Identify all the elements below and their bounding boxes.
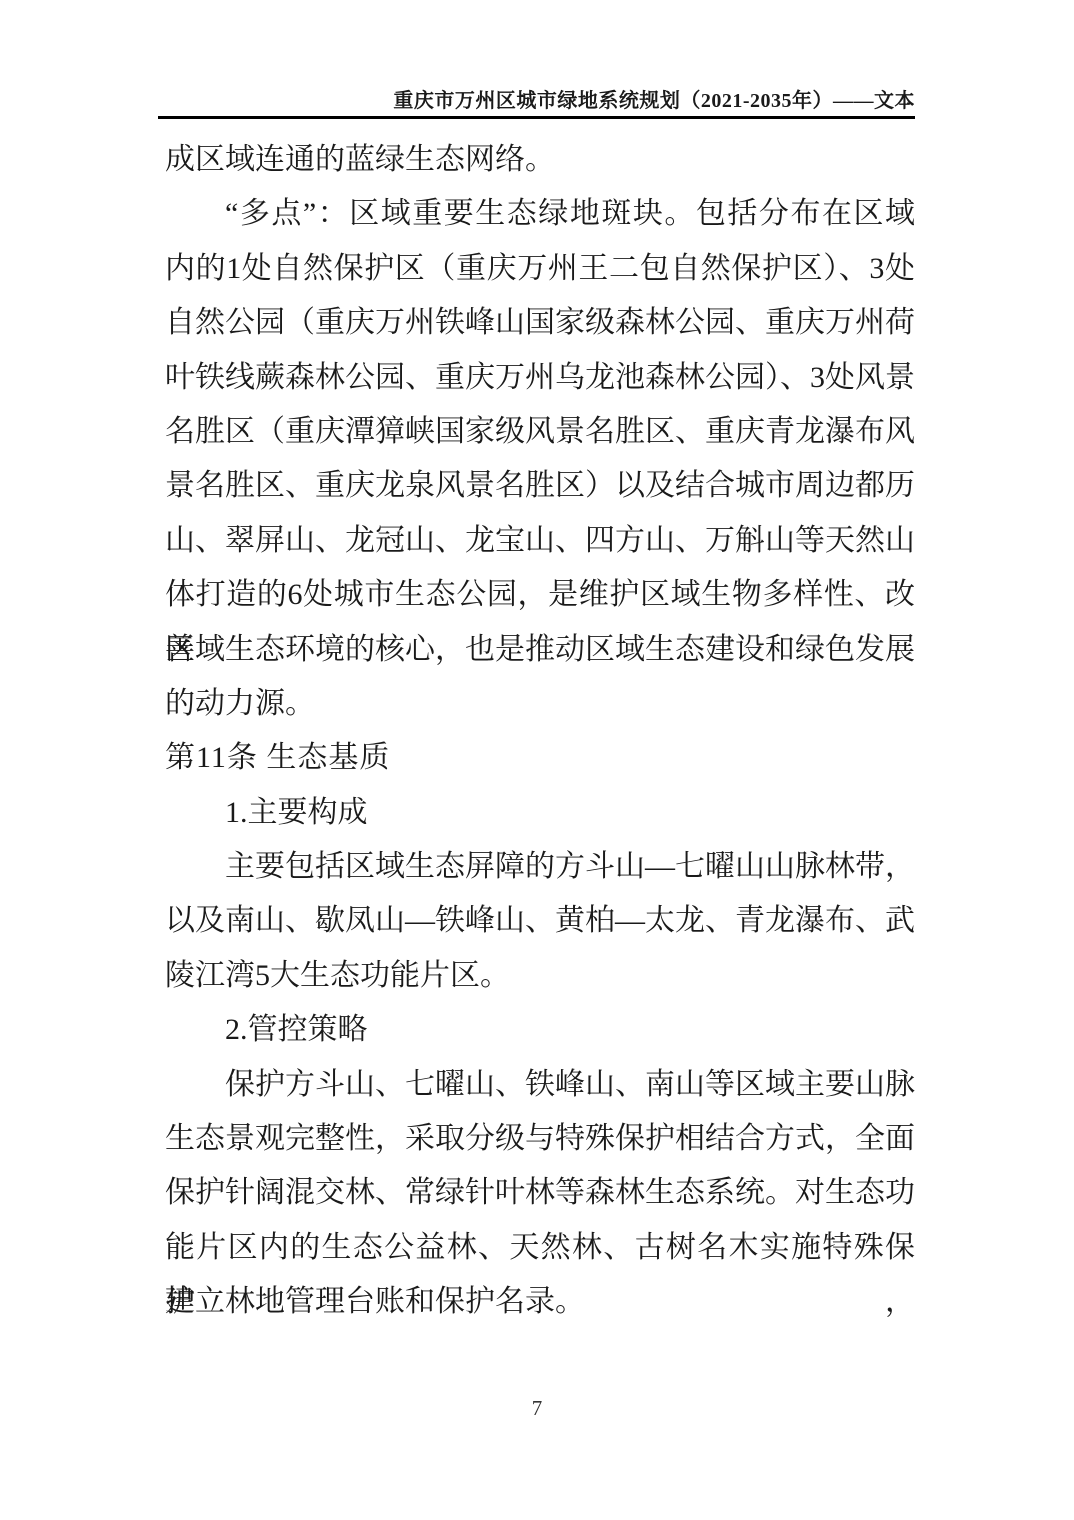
page-footer: 7	[0, 1396, 1074, 1421]
page-number: 7	[532, 1396, 543, 1420]
body-line: 体打造的6处城市生态公园，是维护区域生物多样性、改善	[165, 568, 915, 622]
article-11-heading: 第11条 生态基质	[165, 731, 915, 785]
body-line: 成区域连通的蓝绿生态网络。	[165, 133, 915, 187]
subsection-title: 1.主要构成	[165, 786, 915, 840]
body-line: 能片区内的生态公益林、天然林、古树名木实施特殊保护，	[165, 1221, 915, 1275]
body-line: 山、翠屏山、龙冠山、龙宝山、四方山、万斛山等天然山	[165, 514, 915, 568]
body-line: 叶铁线蕨森林公园、重庆万州乌龙池森林公园）、3处风景	[165, 351, 915, 405]
paragraph-line: 主要包括区域生态屏障的方斗山—七曜山山脉林带，	[165, 840, 915, 894]
body-line: 景名胜区、重庆龙泉风景名胜区）以及结合城市周边都历	[165, 459, 915, 513]
paragraph-line: “多点”：区域重要生态绿地斑块。包括分布在区域	[165, 187, 915, 241]
header-rule	[158, 116, 915, 119]
body-line: 自然公园（重庆万州铁峰山国家级森林公园、重庆万州荷	[165, 296, 915, 350]
body-line: 生态景观完整性，采取分级与特殊保护相结合方式，全面	[165, 1112, 915, 1166]
body-line: 名胜区（重庆潭獐峡国家级风景名胜区、重庆青龙瀑布风	[165, 405, 915, 459]
body-line: 保护针阔混交林、常绿针叶林等森林生态系统。对生态功	[165, 1166, 915, 1220]
body-line: 陵江湾5大生态功能片区。	[165, 949, 915, 1003]
body-line: 的动力源。	[165, 677, 915, 731]
document-page: 重庆市万州区城市绿地系统规划（2021-2035年）——文本 成区域连通的蓝绿生…	[0, 0, 1074, 1520]
body-line: 以及南山、歇凤山—铁峰山、黄柏—太龙、青龙瀑布、武	[165, 894, 915, 948]
subsection-title: 2.管控策略	[165, 1003, 915, 1057]
body-line: 内的1处自然保护区（重庆万州王二包自然保护区）、3处	[165, 242, 915, 296]
document-body: 成区域连通的蓝绿生态网络。 “多点”：区域重要生态绿地斑块。包括分布在区域 内的…	[165, 133, 915, 1330]
body-line: 区域生态环境的核心，也是推动区域生态建设和绿色发展	[165, 623, 915, 677]
paragraph-line: 保护方斗山、七曜山、铁峰山、南山等区域主要山脉	[165, 1058, 915, 1112]
header-title: 重庆市万州区城市绿地系统规划（2021-2035年）——文本	[159, 84, 915, 113]
